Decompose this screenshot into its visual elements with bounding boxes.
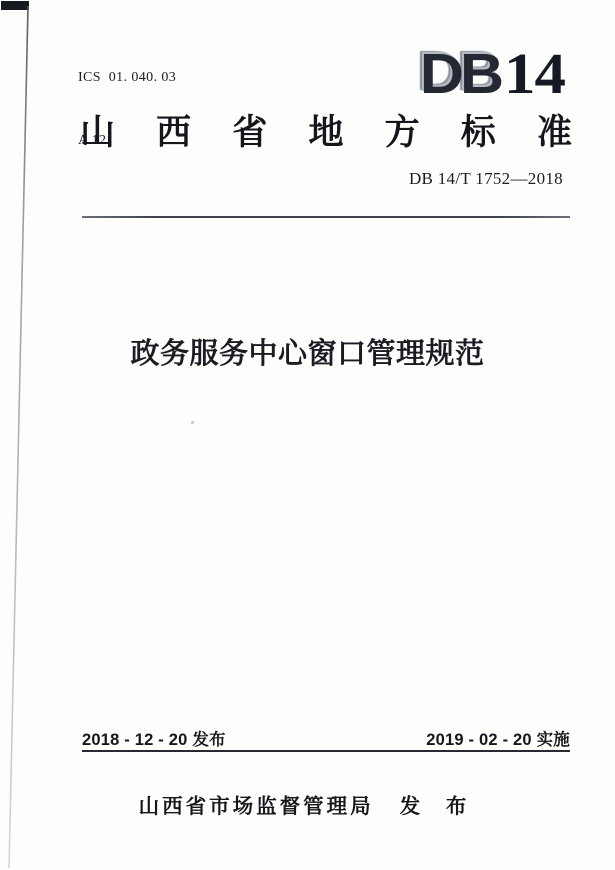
standard-type-heading: 山 西 省 地 方 标 准 — [80, 114, 572, 153]
issue-date: 2018 - 12 - 20 发布 — [82, 726, 226, 750]
standard-type-char: 准 — [537, 114, 572, 153]
db-logo-letters: DB — [420, 46, 500, 102]
document-title: 政务服务中心窗口管理规范 — [0, 331, 615, 372]
page-speck — [191, 421, 194, 424]
standard-number: DB 14/T 1752—2018 — [409, 169, 563, 189]
ics-code: ICS 01. 040. 03 — [78, 67, 176, 88]
footer-rule — [82, 750, 570, 752]
standard-cover-page: ICS 01. 040. 03 A 12 DB 14 山 西 省 地 方 标 准… — [0, 0, 615, 870]
publisher-name: 山西省市场监督管理局 — [139, 789, 374, 819]
publisher-row: 山西省市场监督管理局 发 布 — [0, 789, 615, 819]
scan-corner-artifact — [1, 1, 29, 10]
db-logo-region-number: 14 — [504, 45, 565, 103]
ics-block: ICS 01. 040. 03 A 12 — [78, 25, 176, 193]
header-rule — [82, 216, 570, 218]
standard-type-char: 西 — [156, 114, 191, 153]
db14-logo: DB 14 — [420, 40, 565, 103]
standard-type-char: 山 — [80, 114, 115, 153]
standard-type-char: 地 — [308, 114, 343, 153]
standard-type-char: 方 — [385, 114, 420, 153]
standard-type-char: 省 — [232, 114, 267, 153]
dates-row: 2018 - 12 - 20 发布 2019 - 02 - 20 实施 — [82, 726, 570, 750]
publish-action-label: 发 布 — [400, 789, 477, 819]
standard-type-char: 标 — [461, 114, 496, 153]
implementation-date: 2019 - 02 - 20 实施 — [426, 726, 570, 750]
